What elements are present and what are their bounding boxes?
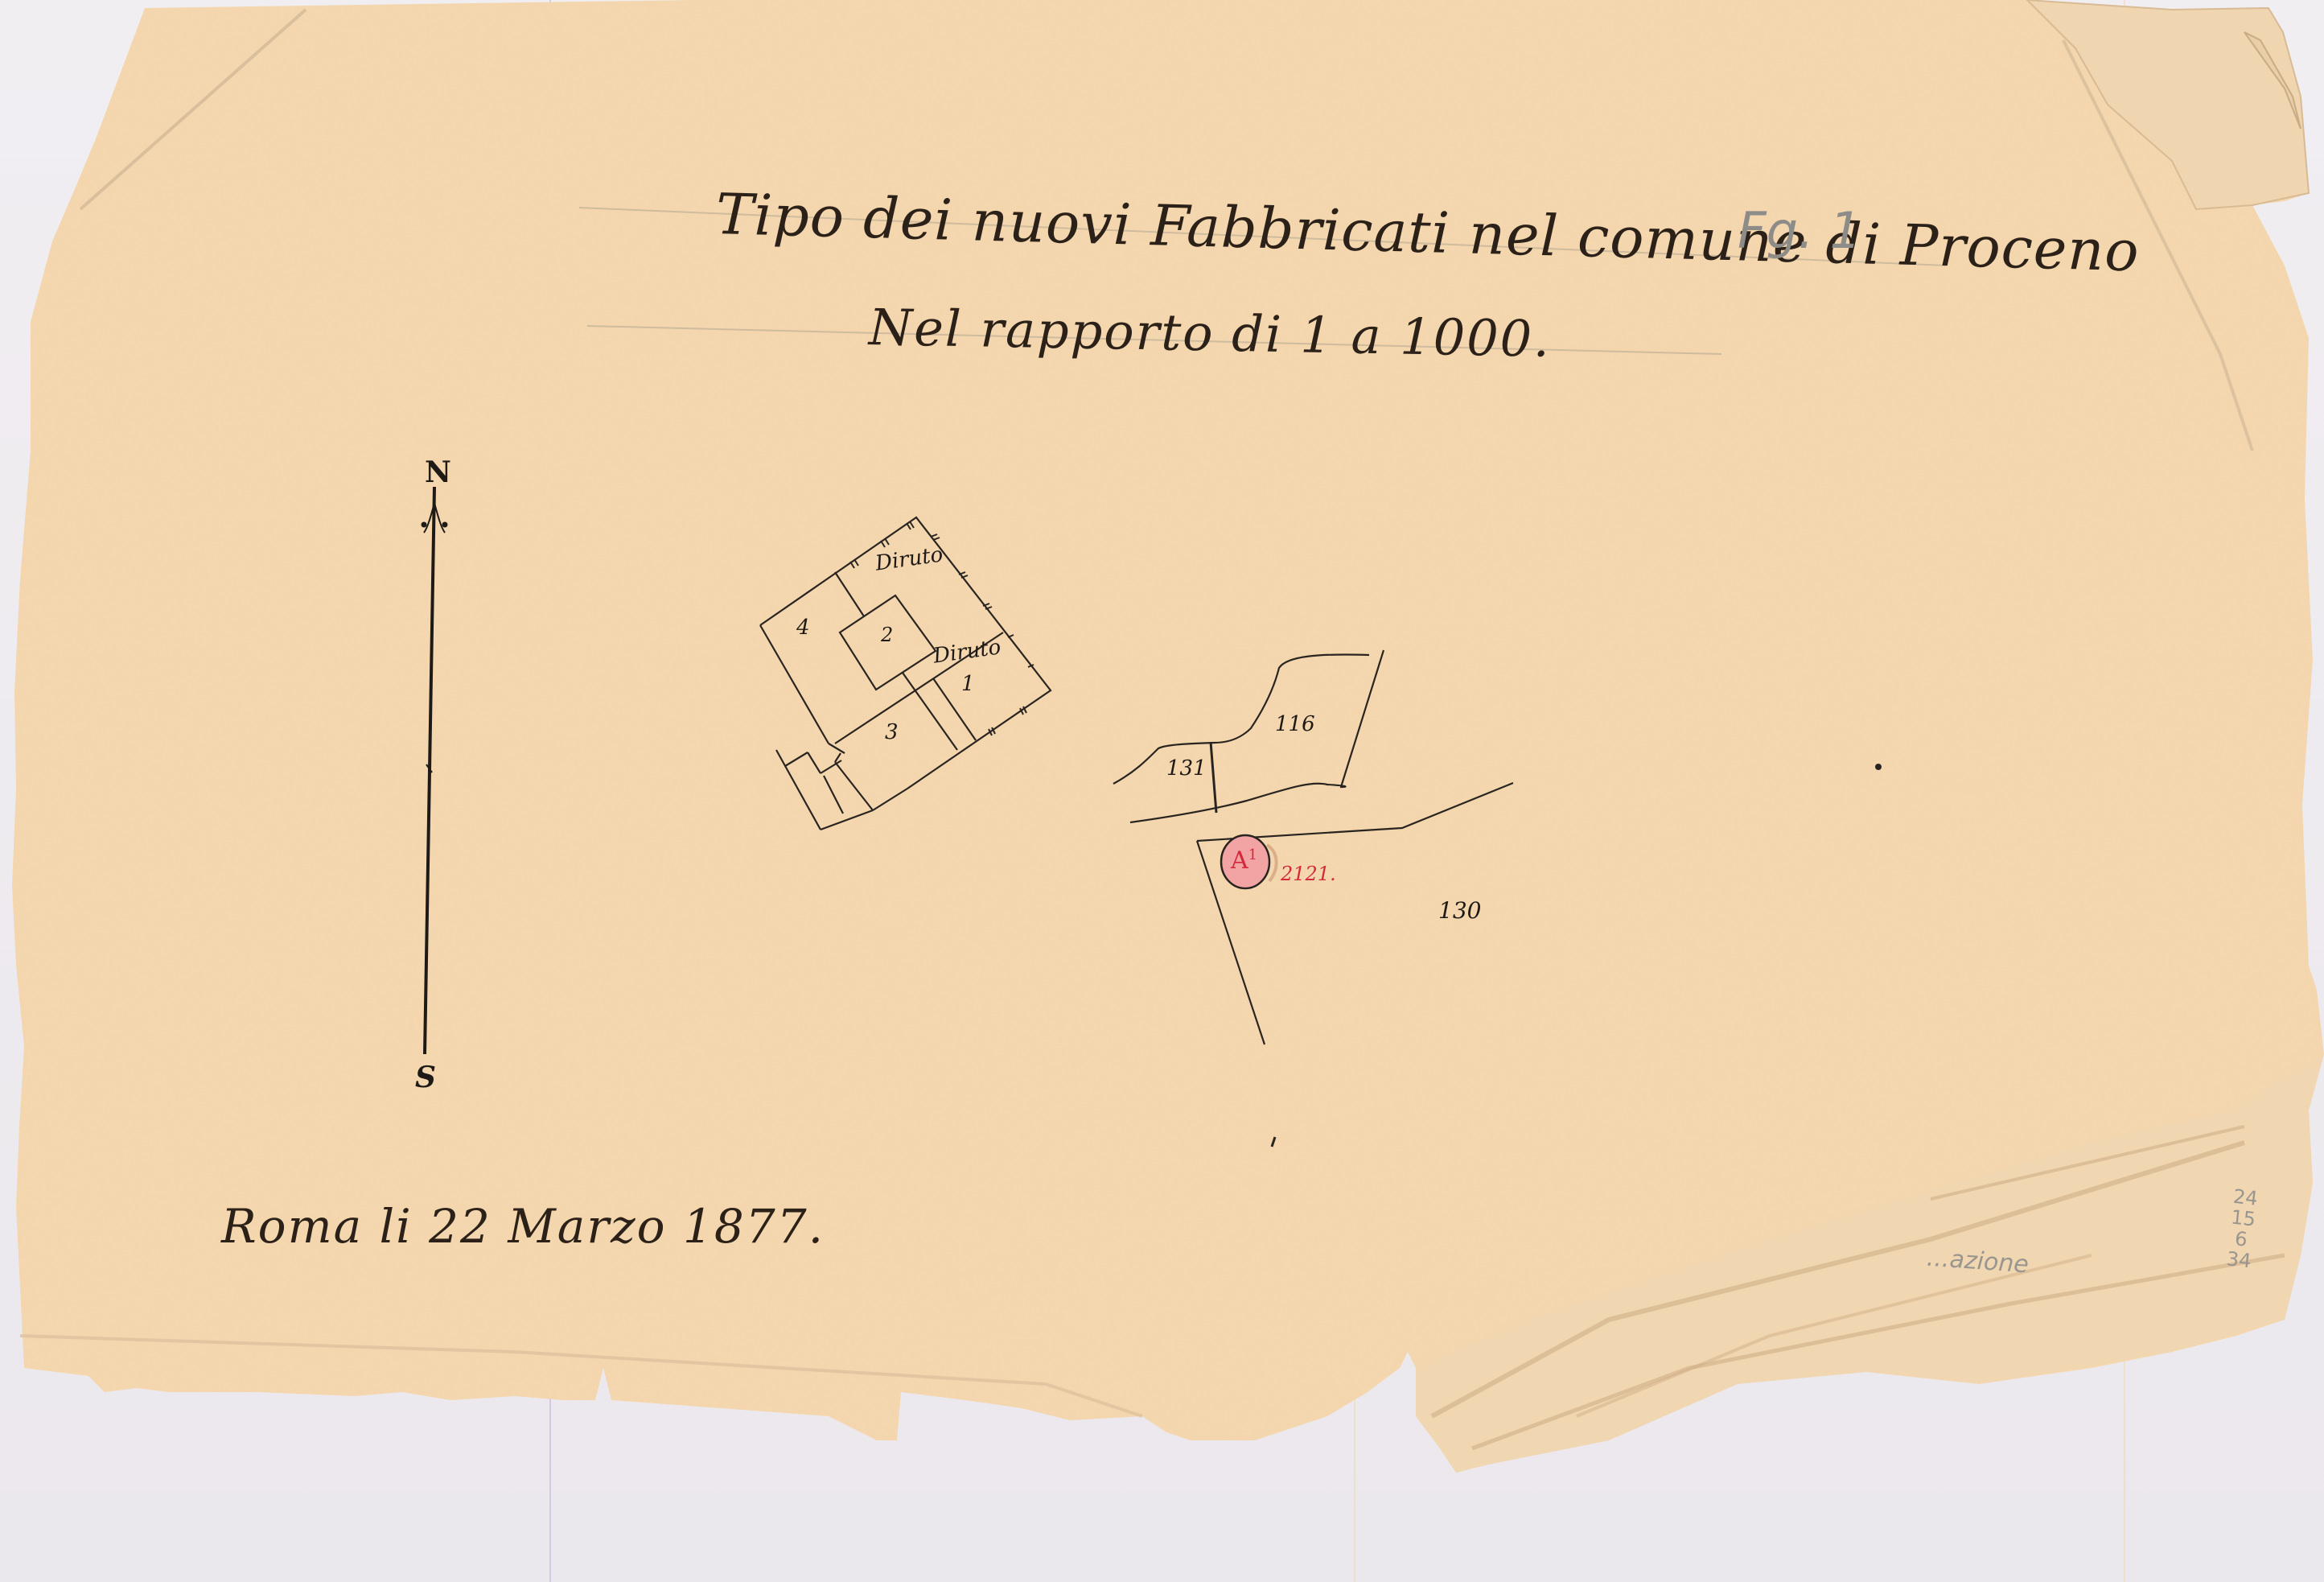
date-line: Roma li 22 Marzo 1877. [221, 1199, 825, 1254]
parcel-label-130: 130 [1438, 897, 1481, 924]
pencil-sheet-reference: Fg. 1 [1738, 201, 1861, 260]
stamp-letter: A1 [1231, 847, 1257, 875]
compass-south-label: S [415, 1061, 436, 1094]
stamp-superscript: 1 [1248, 847, 1257, 863]
room-label-3: 3 [885, 720, 899, 744]
stamp-letter-text: A [1231, 847, 1248, 875]
parcel-label-131: 131 [1166, 756, 1207, 781]
room-label-1: 1 [961, 672, 975, 696]
room-label-4: 4 [796, 616, 810, 640]
room-label-2: 2 [881, 624, 893, 646]
compass-north-label: N [425, 455, 451, 489]
scale-line: Nel rapporto di 1 a 1000. [868, 298, 1551, 369]
parcel-marker-number: 2121. [1281, 863, 1336, 885]
parcel-label-116: 116 [1275, 712, 1315, 736]
